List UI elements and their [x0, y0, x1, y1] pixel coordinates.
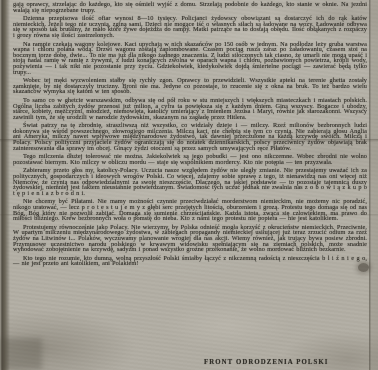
leaflet-paragraph: Tego milczenia dłużej tolerować nie możn… [13, 154, 367, 165]
leaflet-paragraph: Protestujemy równocześnie jako Polacy. N… [13, 225, 367, 253]
leaflet-paragraph: Na rampie czekają wagony kolejowe. Kaci … [13, 42, 367, 76]
leaflet-paragraph: Świat patrzy na tę zbrodnię, straszliwsz… [13, 123, 367, 151]
leaflet-paragraph: Wobec tej męki wyzwoleniem stałby się ry… [13, 78, 367, 95]
leaflet-paragraph: Dzienna przepisowa ilość ofiar wynosi 8—… [13, 16, 367, 38]
leaflet-paragraph: To samo co w ghetcie warszawskim, odbywa… [13, 98, 367, 120]
leaflet-paragraph: gają oprawcy, strzelając do każdego, kto… [13, 2, 367, 13]
page-left-edge [0, 0, 10, 370]
corner-stain [0, 338, 42, 370]
page-right-edge [369, 0, 378, 370]
leaflet-paragraph: Zabieramy przeto głos my, katolicy-Polac… [13, 168, 367, 196]
leaflet-paragraph: Kto tego nie rozumie, kto dumną, wolną p… [13, 256, 367, 267]
leaflet-paragraph: Nie chcemy być Piłatami. Nie mamy możnoś… [13, 199, 367, 221]
document-scan: gają oprawcy, strzelając do każdego, kto… [0, 0, 378, 370]
footer-signature: FRONT ODRODZENIA POLSKI [204, 359, 329, 366]
leaflet-text-block: gają oprawcy, strzelając do każdego, kto… [13, 2, 367, 270]
